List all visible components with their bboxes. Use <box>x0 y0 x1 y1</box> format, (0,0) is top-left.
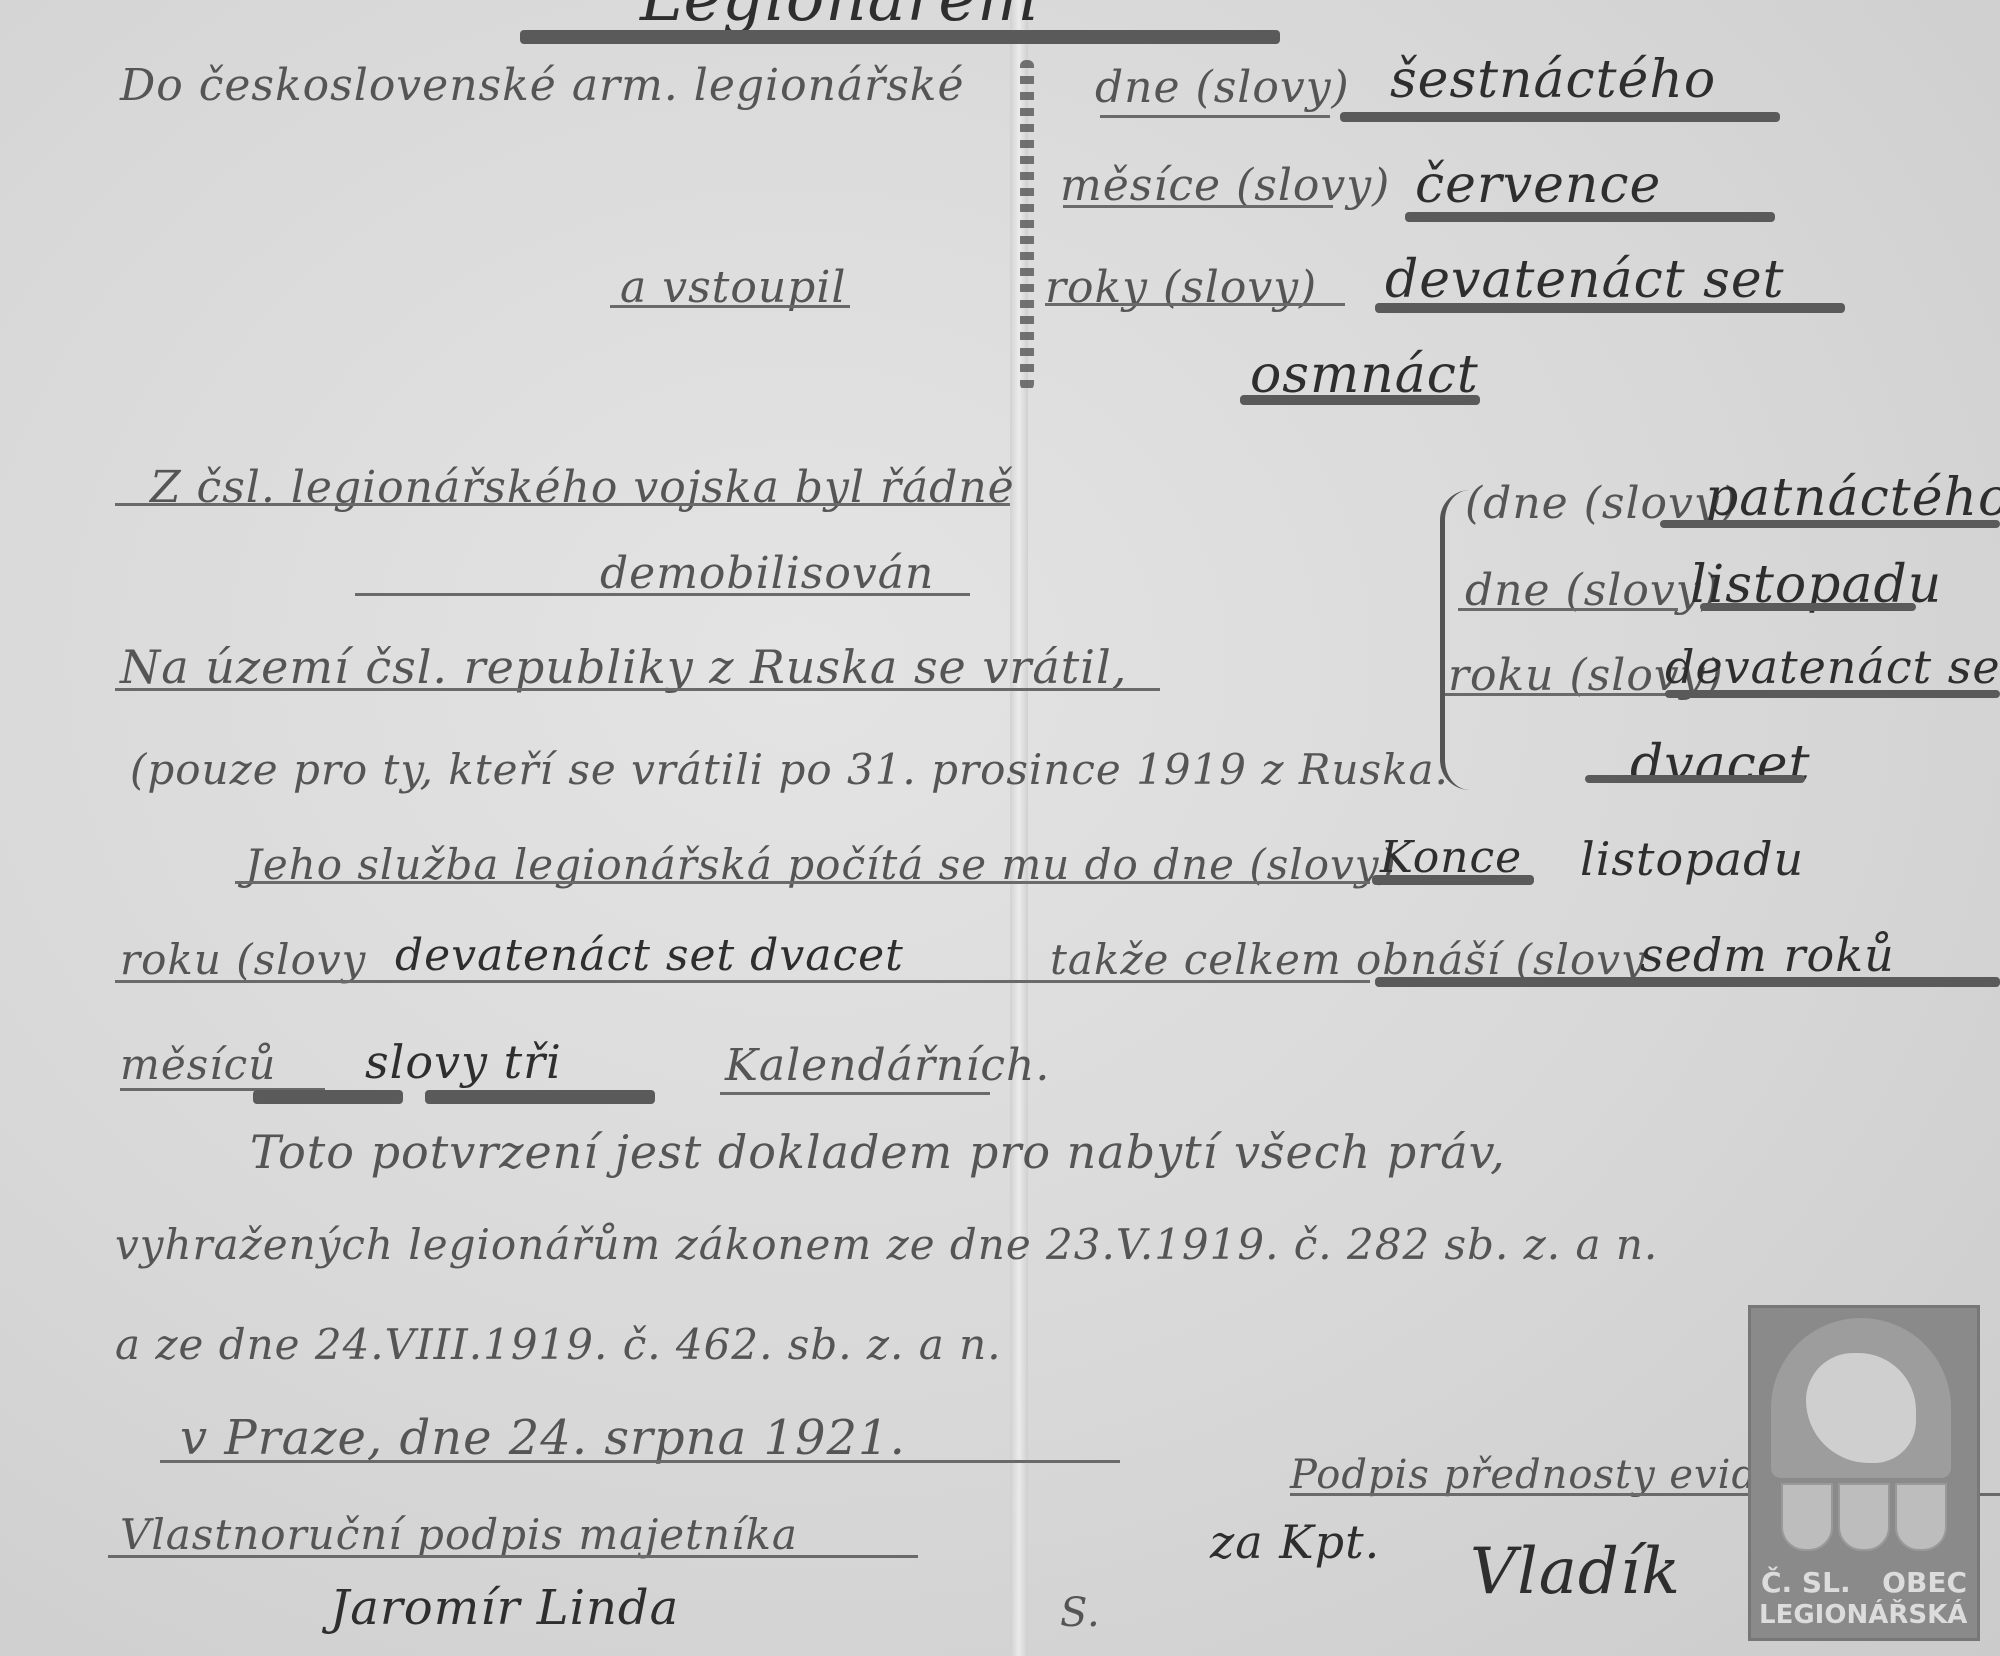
fill-underline <box>1585 775 1805 783</box>
enlist-day-value: šestnáctého <box>1390 50 1716 110</box>
rule <box>610 305 850 308</box>
fill-underline <box>253 1090 403 1104</box>
rule <box>160 1460 1120 1463</box>
rights-line-2: vyhražených legionářům zákonem ze dne 23… <box>115 1220 1658 1269</box>
rule <box>108 1555 918 1558</box>
enlist-prefix: Do československé arm. legionářské <box>120 60 965 111</box>
fill-underline <box>1700 603 1916 611</box>
rights-line-3: a ze dne 24.VIII.1919. č. 462. sb. z. a … <box>115 1320 1002 1369</box>
enlist-day-label: dne (slovy) <box>1095 62 1350 113</box>
officer-signature: Vladík <box>1470 1535 1681 1609</box>
rule <box>115 688 1160 691</box>
service-kalendar: Kalendářních. <box>725 1040 1050 1091</box>
legion-watermark-logo: Č. SL. OBEC LEGIONÁŘSKÁ <box>1748 1305 1980 1641</box>
rule <box>1458 608 1678 611</box>
fill-underline <box>1375 303 1845 313</box>
enlist-month-value: července <box>1415 155 1661 215</box>
fill-underline <box>1665 690 2000 698</box>
fill-underline <box>1375 977 2000 987</box>
rule <box>1045 303 1345 306</box>
owner-label: Vlastnoruční podpis majetníka <box>120 1510 798 1559</box>
service-year-label: roku (slovy <box>120 935 366 984</box>
stamp-text-left: Č. SL. <box>1761 1566 1851 1599</box>
fill-underline <box>1660 520 2000 528</box>
place-date: v Praze, dne 24. srpna 1921. <box>180 1410 906 1466</box>
demob-year-value-2: dvacet <box>1630 735 1810 795</box>
wavy-separator <box>1020 60 1034 390</box>
enlist-year-value: devatenáct set <box>1385 250 1785 310</box>
return-note: (pouze pro ty, kteří se vrátili po 31. p… <box>130 745 1449 794</box>
coat-of-arms-icon <box>1781 1483 1947 1553</box>
fill-underline <box>1240 395 1480 405</box>
rule <box>355 593 970 596</box>
service-months-value: slovy tři <box>365 1035 562 1089</box>
service-end-month: listopadu <box>1580 832 1804 886</box>
fill-underline <box>1340 112 1780 122</box>
demob-day-value: patnáctého <box>1705 468 2000 528</box>
owner-mark: S. <box>1060 1590 1101 1636</box>
service-year-value: devatenáct set dvacet <box>395 930 904 981</box>
stamp-text-bottom: LEGIONÁŘSKÁ <box>1759 1600 1967 1630</box>
demob-year-value: devatenáct set <box>1665 640 2000 694</box>
rule <box>1100 115 1330 118</box>
document-scan: Legionářem Do československé arm. legion… <box>0 0 2000 1656</box>
shield-icon <box>1838 1483 1890 1551</box>
fill-underline <box>1372 875 1534 885</box>
demob-text-2: demobilisován <box>600 548 934 599</box>
rule <box>720 1092 990 1095</box>
return-line: Na území čsl. republiky z Ruska se vráti… <box>120 640 1127 694</box>
service-total-years: sedm roků <box>1640 928 1895 982</box>
rule <box>1445 693 1675 696</box>
rule <box>1063 205 1333 208</box>
fill-underline <box>1405 212 1775 222</box>
enlist-month-label: měsíce (slovy) <box>1060 160 1390 211</box>
owner-signature: Jaromír Linda <box>330 1580 679 1636</box>
stamp-text-right: OBEC <box>1882 1566 1967 1599</box>
shield-icon <box>1895 1483 1947 1551</box>
fill-underline <box>425 1090 655 1104</box>
rule <box>115 503 1010 506</box>
officer-prefix: za Kpt. <box>1210 1515 1380 1569</box>
service-months-label: měsíců <box>120 1040 276 1089</box>
shield-icon <box>1781 1483 1833 1551</box>
rule <box>235 881 1370 884</box>
rights-line-1: Toto potvrzení jest dokladem pro nabytí … <box>250 1125 1506 1179</box>
title-underline <box>520 30 1280 44</box>
